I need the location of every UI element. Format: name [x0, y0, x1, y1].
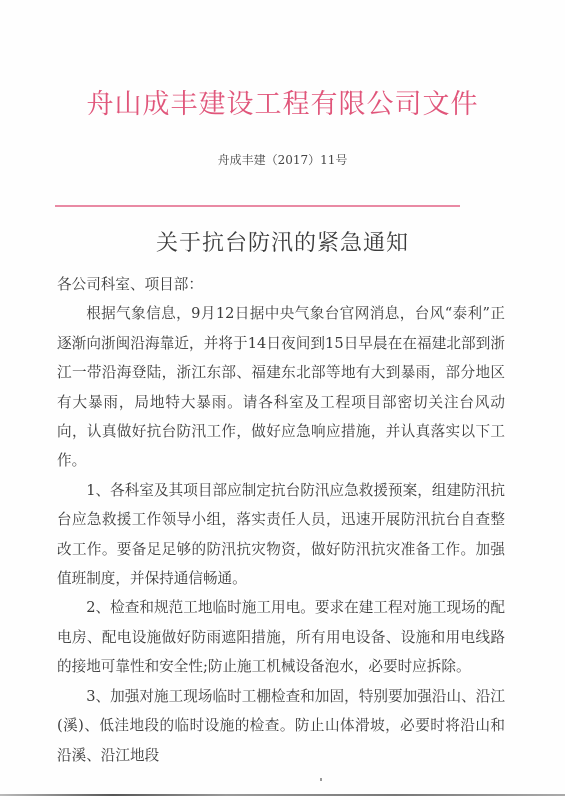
notice-body: 各公司科室、项目部： 根据气象信息，9月12日据中央气象台官网消息，台风“泰利”…: [57, 270, 505, 770]
notice-heading: 关于抗台防汛的紧急通知: [0, 226, 565, 257]
scan-speck: [320, 778, 322, 781]
red-divider: [55, 205, 460, 207]
salutation: 各公司科室、项目部：: [57, 270, 505, 299]
scan-bottom-edge: [0, 794, 565, 796]
paragraph-item-1: 1、各科室及其项目部应制定抗台防汛应急救援预案，组建防汛抗台应急救援工作领导小组…: [57, 476, 505, 594]
paragraph-intro: 根据气象信息，9月12日据中央气象台官网消息，台风“泰利”正逐渐向浙闽沿海靠近，…: [57, 299, 505, 475]
document-page: 舟山成丰建设工程有限公司文件 舟成丰建（2017）11号 关于抗台防汛的紧急通知…: [0, 0, 565, 800]
paragraph-item-2: 2、检查和规范工地临时施工用电。要求在建工程对施工现场的配电房、配电设施做好防雨…: [57, 593, 505, 681]
document-number: 舟成丰建（2017）11号: [0, 151, 565, 168]
paragraph-item-3: 3、加强对施工现场临时工棚检查和加固，特别要加强沿山、沿江(溪)、低洼地段的临时…: [57, 682, 505, 770]
organization-title: 舟山成丰建设工程有限公司文件: [0, 82, 565, 121]
